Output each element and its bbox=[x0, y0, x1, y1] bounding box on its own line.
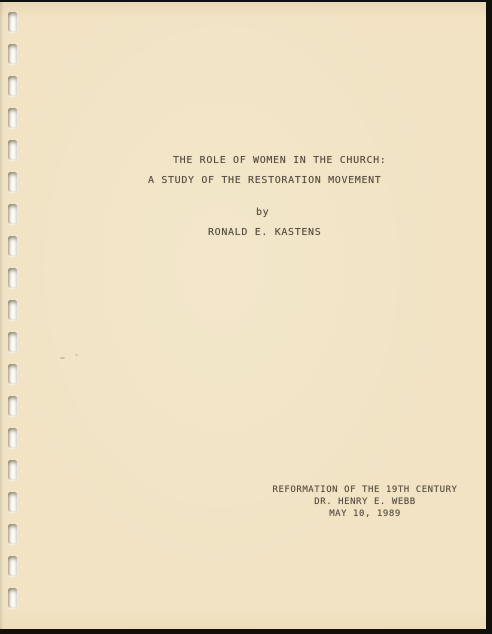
punch-hole bbox=[8, 44, 17, 64]
author-name: RONALD E. KASTENS bbox=[208, 228, 321, 238]
punch-hole bbox=[8, 396, 17, 416]
title-line-2: A STUDY OF THE RESTORATION MOVEMENT bbox=[148, 176, 381, 186]
pencil-smudge bbox=[58, 353, 84, 361]
punch-hole bbox=[8, 268, 17, 288]
punch-holes-column bbox=[8, 12, 17, 608]
punch-hole bbox=[8, 556, 17, 576]
punch-hole bbox=[8, 108, 17, 128]
punch-hole bbox=[8, 236, 17, 256]
course-title: REFORMATION OF THE 19TH CENTURY bbox=[255, 484, 475, 496]
course-info-block: REFORMATION OF THE 19TH CENTURY DR. HENR… bbox=[255, 484, 475, 520]
instructor-name: DR. HENRY E. WEBB bbox=[255, 496, 475, 508]
byline-label: by bbox=[256, 208, 269, 218]
date: MAY 10, 1989 bbox=[255, 508, 475, 520]
scanned-page: THE ROLE OF WOMEN IN THE CHURCH: A STUDY… bbox=[0, 0, 492, 634]
punch-hole bbox=[8, 300, 17, 320]
punch-hole bbox=[8, 204, 17, 224]
punch-hole bbox=[8, 588, 17, 608]
scan-edge-bottom bbox=[0, 629, 492, 634]
scan-edge-right bbox=[486, 0, 492, 634]
punch-hole bbox=[8, 428, 17, 448]
punch-hole bbox=[8, 460, 17, 480]
punch-hole bbox=[8, 140, 17, 160]
punch-hole bbox=[8, 172, 17, 192]
title-line-1: THE ROLE OF WOMEN IN THE CHURCH: bbox=[173, 156, 386, 166]
punch-hole bbox=[8, 12, 17, 32]
punch-hole bbox=[8, 76, 17, 96]
punch-hole bbox=[8, 492, 17, 512]
scan-edge-left-shade bbox=[0, 0, 4, 634]
punch-hole bbox=[8, 364, 17, 384]
punch-hole bbox=[8, 332, 17, 352]
punch-hole bbox=[8, 524, 17, 544]
scan-edge-top bbox=[0, 0, 492, 2]
